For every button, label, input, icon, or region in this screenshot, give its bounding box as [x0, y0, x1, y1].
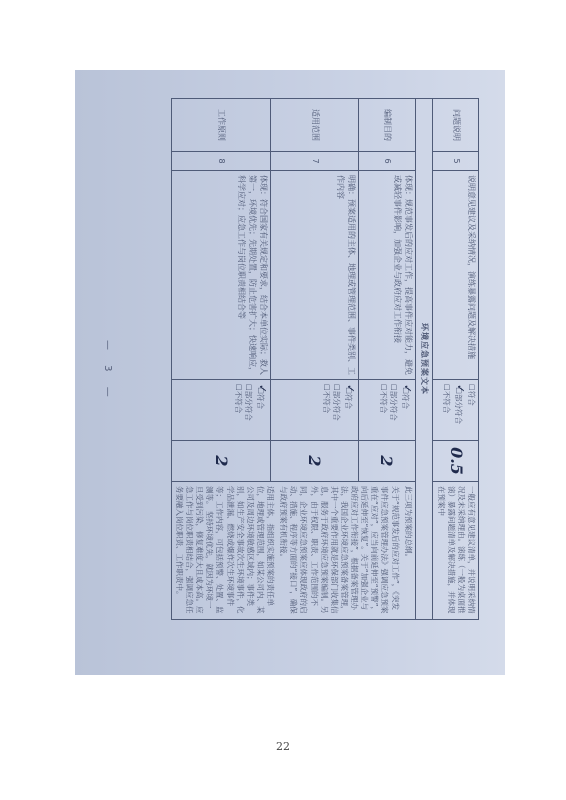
item-number: 7 [270, 152, 358, 171]
option-label: ☐不符合 [322, 384, 331, 413]
option-label: ☐不符合 [234, 384, 243, 413]
compliance-option[interactable]: ☐不符合 [441, 384, 451, 436]
item-description: 明确：预案适用的主体、地理或管理范围、事件类别、工作内容 [270, 171, 358, 380]
compliance-option[interactable]: ☐符合 [466, 384, 476, 436]
compliance-option[interactable]: ✓☐符合 [341, 384, 356, 436]
handwritten-score: 0.5 [433, 441, 479, 482]
item-number: 6 [358, 152, 415, 171]
item-description: 体现：规范事发后的应对工作，提高事件应对能力，避免或减轻事件影响，加强企业与政府… [358, 171, 415, 380]
option-label: ☐部分符合 [244, 384, 253, 421]
option-label: ☐不符合 [442, 384, 451, 413]
item-description: 体现：符合国家有关规定和要求，结合本单位实际；救人第一，环境优先；先期处置，防止… [171, 171, 270, 380]
note-paragraph: 此三项为预案的总纲。 [403, 486, 413, 615]
option-label: ☐部分符合 [332, 384, 341, 421]
compliance-option[interactable]: ✓☐符合 [398, 384, 413, 436]
note-paragraph: 关于“规范事发后的应对工作”，《突发事件应急预案管理办法》强调应急预案重在“应对… [278, 486, 400, 615]
page-number: 22 [0, 740, 566, 753]
item-number: 5 [433, 152, 479, 171]
item-name: 工作原则 [171, 99, 270, 152]
item-name: 编制目的 [358, 99, 415, 152]
handwritten-score: 2 [171, 441, 270, 482]
item-note-group: 此三项为预案的总纲。关于“规范事发后的应对工作”，《突发事件应急预案管理办法》强… [171, 482, 415, 620]
option-label: ☐符合 [467, 384, 476, 406]
compliance-option[interactable]: ☐部分符合 [388, 384, 398, 436]
compliance-options: ✓☐符合☐部分符合☐不符合 [171, 380, 270, 441]
option-label: ☐部分符合 [389, 384, 398, 421]
item-name: 适用范围 [270, 99, 358, 152]
compliance-option[interactable]: ✓☐部分符合 [451, 384, 466, 436]
checkmark-icon: ✓ [256, 384, 269, 393]
handwritten-score: 2 [358, 441, 415, 482]
table-row: 编制目的6体现：规范事发后的应对工作，提高事件应对能力，避免或减轻事件影响，加强… [358, 99, 415, 620]
checkmark-icon: ✓ [344, 384, 357, 393]
checkmark-icon: ✓ [454, 384, 467, 393]
evaluation-table: 问题说明5说明意见建议及采纳情况，演练暴露问题及解决措施☐符合✓☐部分符合☐不符… [171, 98, 479, 620]
item-name: 问题说明 [433, 99, 479, 152]
compliance-options: ✓☐符合☐部分符合☐不符合 [358, 380, 415, 441]
compliance-option[interactable]: ☐不符合 [320, 384, 330, 436]
compliance-option[interactable]: ✓☐符合 [253, 384, 268, 436]
item-note: 一般应有意见建议清单，并说明采纳情况及未采纳理由。演练（一般为桌面推演）暴露问题… [433, 482, 479, 620]
option-label: ☐不符合 [379, 384, 388, 413]
compliance-option[interactable]: ☐部分符合 [331, 384, 341, 436]
compliance-option[interactable]: ☐不符合 [233, 384, 243, 436]
compliance-option[interactable]: ☐部分符合 [243, 384, 253, 436]
table-row: 问题说明5说明意见建议及采纳情况，演练暴露问题及解决措施☐符合✓☐部分符合☐不符… [433, 99, 479, 620]
handwritten-score: 2 [270, 441, 358, 482]
item-number: 8 [171, 152, 270, 171]
scanned-paper: 问题说明5说明意见建议及采纳情况，演练暴露问题及解决措施☐符合✓☐部分符合☐不符… [75, 70, 505, 675]
compliance-options: ☐符合✓☐部分符合☐不符合 [433, 380, 479, 441]
compliance-options: ✓☐符合☐部分符合☐不符合 [270, 380, 358, 441]
note-paragraph: 适用主体，指组织实施预案的责任单位，地理或管理范围，如某公司内、某公司及周边环境… [174, 486, 275, 615]
checkmark-icon: ✓ [401, 384, 414, 393]
section-header-row: 环境应急预案文本 [415, 99, 433, 620]
item-description: 说明意见建议及采纳情况，演练暴露问题及解决措施 [433, 171, 479, 380]
section-title: 环境应急预案文本 [415, 99, 433, 620]
rotated-page-content: 问题说明5说明意见建议及采纳情况，演练暴露问题及解决措施☐符合✓☐部分符合☐不符… [75, 70, 505, 670]
compliance-option[interactable]: ☐不符合 [378, 384, 388, 436]
scan-page-footer: — 3 — [102, 340, 113, 403]
